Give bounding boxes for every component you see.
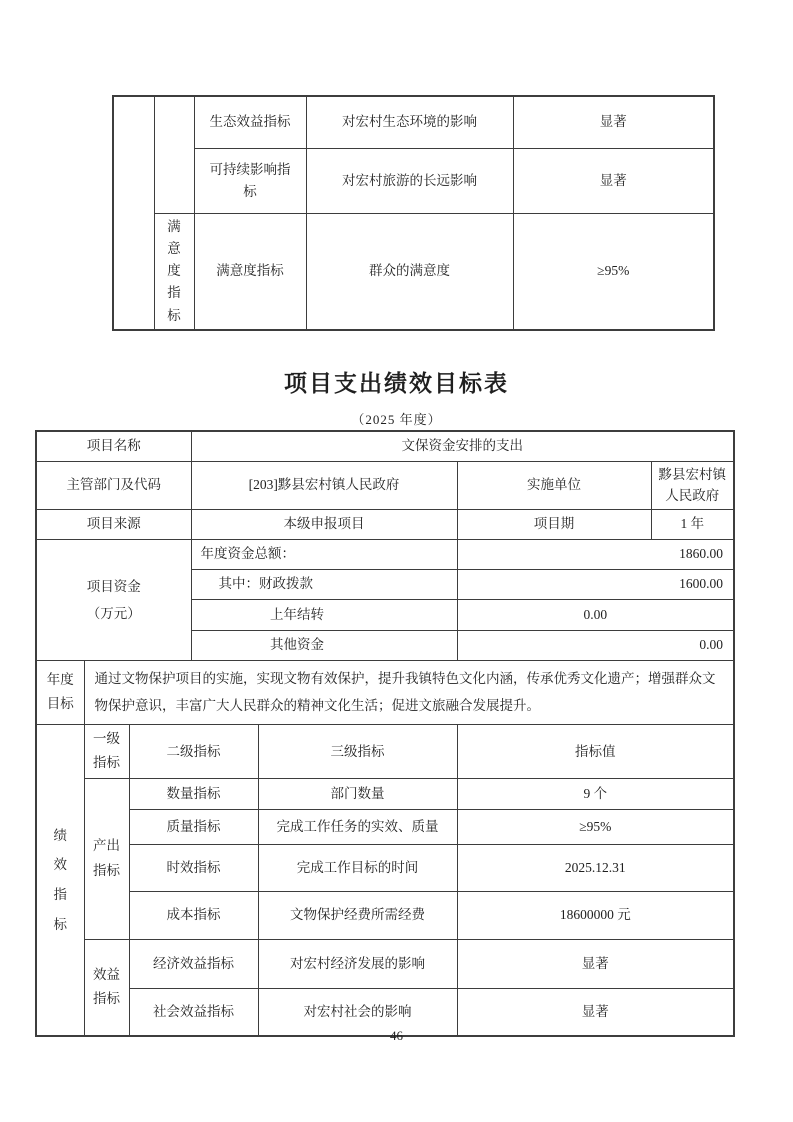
table-row: 绩效指标 一级指标 二级指标 三级指标 指标值: [36, 725, 734, 779]
period-label: 项目期: [457, 509, 651, 539]
table-row: 满意度指标 满意度指标 群众的满意度 ≥95%: [113, 213, 714, 330]
satisfaction-group-vertical-label: 满意度指标: [166, 216, 182, 327]
performance-group-cell: 绩效指标: [36, 725, 84, 1037]
indicator-value-cell: 显著: [513, 96, 714, 148]
indicator-value-cell: ≥95%: [457, 809, 734, 844]
period-value: 1 年: [651, 509, 734, 539]
table-row: 产出指标 数量指标 部门数量 9 个: [36, 778, 734, 809]
satisfaction-group-cell: 满意度指标: [154, 213, 194, 330]
indicator-l2-cell: 质量指标: [129, 809, 258, 844]
indicator-name-cell: 满意度指标: [194, 213, 306, 330]
indicator-value-cell: 18600000 元: [457, 891, 734, 939]
indicator-l2-cell: 数量指标: [129, 778, 258, 809]
table-row: 质量指标 完成工作任务的实效、质量 ≥95%: [36, 809, 734, 844]
page-subtitle: （2025 年度）: [0, 409, 793, 428]
department-label: 主管部门及代码: [36, 461, 191, 509]
source-label: 项目来源: [36, 509, 191, 539]
impl-unit-value: 黟县宏村镇人民政府: [651, 461, 734, 509]
perf-group-continuation-cell: [113, 96, 154, 330]
annual-goal-label-cell: 年度目标: [36, 660, 84, 724]
benefit-group-continuation-cell: [154, 96, 194, 213]
output-group-cell: 产出指标: [84, 778, 129, 939]
indicator-l2-cell: 时效指标: [129, 844, 258, 891]
page-number: 46: [0, 1028, 793, 1044]
indicator-name-cell: 生态效益指标: [194, 96, 306, 148]
funds-total-label: 年度资金总额：: [191, 539, 457, 569]
indicator-l3-cell: 部门数量: [258, 778, 457, 809]
project-name-label: 项目名称: [36, 431, 191, 461]
funds-total-value: 1860.00: [457, 539, 734, 569]
table-row: 项目名称 文保资金安排的支出: [36, 431, 734, 461]
benefit-group-label: 效益指标: [91, 963, 122, 1012]
continuation-table: 生态效益指标 对宏村生态环境的影响 显著 可持续影响指标 对宏村旅游的长远影响 …: [112, 95, 715, 331]
table-row: 时效指标 完成工作目标的时间 2025.12.31: [36, 844, 734, 891]
header-value: 指标值: [457, 725, 734, 779]
table-row: 成本指标 文物保护经费所需经费 18600000 元: [36, 891, 734, 939]
impl-unit-label: 实施单位: [457, 461, 651, 509]
indicator-value-cell: ≥95%: [513, 213, 714, 330]
indicator-name-cell: 可持续影响指标: [194, 148, 306, 213]
main-performance-table: 项目名称 文保资金安排的支出 主管部门及代码 [203]黟县宏村镇人民政府 实施…: [35, 430, 735, 1037]
table-row: 可持续影响指标 对宏村旅游的长远影响 显著: [113, 148, 714, 213]
annual-goal-label: 年度目标: [45, 668, 76, 717]
indicator-l2-cell: 经济效益指标: [129, 939, 258, 988]
header-level3: 三级指标: [258, 725, 457, 779]
indicator-value-cell: 显著: [457, 939, 734, 988]
table-row: 生态效益指标 对宏村生态环境的影响 显著: [113, 96, 714, 148]
header-level1: 一级指标: [91, 727, 122, 776]
annual-goal-text: 通过文物保护项目的实施，实现文物有效保护，提升我镇特色文化内涵，传承优秀文化遗产…: [84, 660, 734, 724]
table-row: 年度目标 通过文物保护项目的实施，实现文物有效保护，提升我镇特色文化内涵，传承优…: [36, 660, 734, 724]
indicator-value-cell: 显著: [513, 148, 714, 213]
funds-fiscal-value: 1600.00: [457, 569, 734, 599]
performance-vertical-label: 绩效指标: [52, 821, 68, 940]
indicator-l3-cell: 完成工作目标的时间: [258, 844, 457, 891]
funds-carryover-label: 上年结转: [191, 599, 457, 630]
indicator-l3-cell: 对宏村经济发展的影响: [258, 939, 457, 988]
indicator-value-cell: 9 个: [457, 778, 734, 809]
table-row: 主管部门及代码 [203]黟县宏村镇人民政府 实施单位 黟县宏村镇人民政府: [36, 461, 734, 509]
funds-fiscal-label: 其中：财政拨款: [191, 569, 457, 599]
funds-other-value: 0.00: [457, 630, 734, 660]
funds-label: 项目资金（万元）: [85, 573, 143, 627]
indicator-criterion-cell: 对宏村生态环境的影响: [306, 96, 513, 148]
indicator-l2-cell: 成本指标: [129, 891, 258, 939]
output-group-label: 产出指标: [91, 834, 122, 883]
table-row: 项目来源 本级申报项目 项目期 1 年: [36, 509, 734, 539]
indicator-criterion-cell: 群众的满意度: [306, 213, 513, 330]
department-value: [203]黟县宏村镇人民政府: [191, 461, 457, 509]
header-level2: 二级指标: [129, 725, 258, 779]
table-row: 效益指标 经济效益指标 对宏村经济发展的影响 显著: [36, 939, 734, 988]
indicator-l3-cell: 文物保护经费所需经费: [258, 891, 457, 939]
funds-other-label: 其他资金: [191, 630, 457, 660]
benefit-group-cell: 效益指标: [84, 939, 129, 1036]
page-title: 项目支出绩效目标表: [0, 365, 793, 398]
header-level1-cell: 一级指标: [84, 725, 129, 779]
indicator-value-cell: 2025.12.31: [457, 844, 734, 891]
indicator-criterion-cell: 对宏村旅游的长远影响: [306, 148, 513, 213]
funds-label-cell: 项目资金（万元）: [36, 539, 191, 660]
indicator-l3-cell: 完成工作任务的实效、质量: [258, 809, 457, 844]
project-name-value: 文保资金安排的支出: [191, 431, 734, 461]
source-value: 本级申报项目: [191, 509, 457, 539]
document-page: 生态效益指标 对宏村生态环境的影响 显著 可持续影响指标 对宏村旅游的长远影响 …: [0, 0, 793, 1122]
table-row: 项目资金（万元） 年度资金总额： 1860.00: [36, 539, 734, 569]
funds-carryover-value: 0.00: [457, 599, 734, 630]
